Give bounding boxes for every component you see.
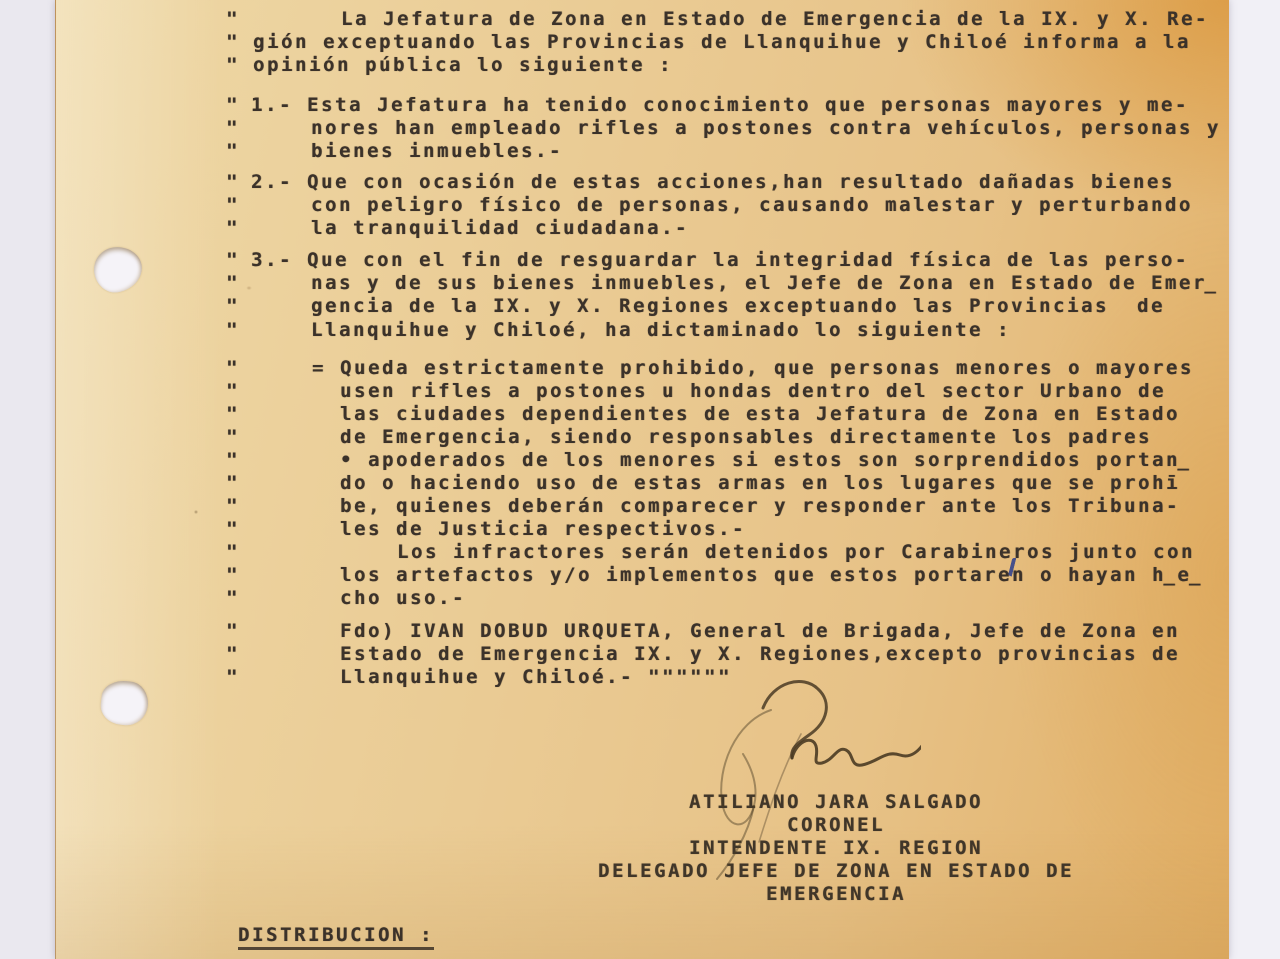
line-quote-mark: " <box>226 31 240 53</box>
line-text: gión exceptuando las Provincias de Llanq… <box>253 31 1191 53</box>
line-quote-mark: " <box>226 194 240 216</box>
line-text: cho uso.- <box>340 587 466 609</box>
line-quote-mark: " <box>226 8 240 30</box>
line-text: Fdo) IVAN DOBUD URQUETA, General de Brig… <box>340 620 1180 642</box>
line-text: las ciudades dependientes de esta Jefatu… <box>340 403 1180 425</box>
line-quote-mark: " <box>226 666 240 688</box>
line-text: = Queda estrictamente prohibido, que per… <box>312 357 1194 379</box>
line-quote-mark: " <box>226 426 240 448</box>
line-quote-mark: " <box>226 380 240 402</box>
line-text: be, quienes deberán comparecer y respond… <box>340 495 1180 517</box>
line-text: los artefactos y/o implementos que estos… <box>340 564 1203 586</box>
line-text: do o haciendo uso de estas armas en los … <box>340 472 1180 494</box>
line-text: Llanquihue y Chiloé.- """""" <box>340 666 732 688</box>
scanned-document-page: "La Jefatura de Zona en Estado de Emerge… <box>0 0 1280 959</box>
signature-block-line: DELEGADO JEFE DE ZONA EN ESTADO DE <box>336 860 1280 883</box>
line-text: Llanquihue y Chiloé, ha dictaminado lo s… <box>311 319 1011 341</box>
line-quote-mark: " <box>226 620 240 642</box>
line-text: usen rifles a postones u hondas dentro d… <box>340 380 1166 402</box>
signature-block: ATILIANO JARA SALGADOCORONELINTENDENTE I… <box>336 791 1280 906</box>
line-quote-mark: " <box>226 472 240 494</box>
line-text: 2.- Que con ocasión de estas acciones,ha… <box>251 171 1175 193</box>
line-text: La Jefatura de Zona en Estado de Emergen… <box>341 8 1209 30</box>
line-text: nores han empleado rifles a postones con… <box>311 117 1221 139</box>
line-text: • apoderados de los menores si estos son… <box>340 449 1191 471</box>
line-quote-mark: " <box>226 587 240 609</box>
line-quote-mark: " <box>226 94 240 116</box>
line-quote-mark: " <box>226 217 240 239</box>
line-text: con peligro físico de personas, causando… <box>311 194 1193 216</box>
line-text: Estado de Emergencia IX. y X. Regiones,e… <box>340 643 1180 665</box>
distribution-heading: DISTRIBUCION : <box>238 924 434 950</box>
line-quote-mark: " <box>226 357 240 379</box>
line-text: nas y de sus bienes inmuebles, el Jefe d… <box>311 272 1218 294</box>
signature-block-line: ATILIANO JARA SALGADO <box>336 791 1280 814</box>
line-text: opinión pública lo siguiente : <box>253 54 673 76</box>
line-text: de Emergencia, siendo responsables direc… <box>340 426 1152 448</box>
line-text: la tranquilidad ciudadana.- <box>311 217 689 239</box>
line-quote-mark: " <box>226 518 240 540</box>
line-quote-mark: " <box>226 643 240 665</box>
line-quote-mark: " <box>226 140 240 162</box>
signature-block-line: CORONEL <box>336 814 1280 837</box>
line-quote-mark: " <box>226 272 240 294</box>
line-quote-mark: " <box>226 319 240 341</box>
line-quote-mark: " <box>226 249 240 271</box>
line-text: Los infractores serán detenidos por Cara… <box>397 541 1195 563</box>
signature-block-line: INTENDENTE IX. REGION <box>336 837 1280 860</box>
line-text: 3.- Que con el fin de resguardar la inte… <box>251 249 1189 271</box>
line-quote-mark: " <box>226 54 240 76</box>
line-quote-mark: " <box>226 541 240 563</box>
distribution-section: DISTRIBUCION : <box>238 924 434 946</box>
line-quote-mark: " <box>226 449 240 471</box>
document-paper: "La Jefatura de Zona en Estado de Emerge… <box>55 0 1229 959</box>
line-text: les de Justicia respectivos.- <box>340 518 746 540</box>
punch-hole-bottom <box>99 679 150 728</box>
line-quote-mark: " <box>226 117 240 139</box>
line-quote-mark: " <box>226 171 240 193</box>
line-text: 1.- Esta Jefatura ha tenido conocimiento… <box>251 94 1189 116</box>
punch-hole-top <box>91 244 145 295</box>
line-quote-mark: " <box>226 564 240 586</box>
line-quote-mark: " <box>226 295 240 317</box>
line-quote-mark: " <box>226 495 240 517</box>
signature-block-line: EMERGENCIA <box>336 883 1280 906</box>
line-text: gencia de la IX. y X. Regiones exceptuan… <box>311 295 1165 317</box>
line-text: bienes inmuebles.- <box>311 140 563 162</box>
line-quote-mark: " <box>226 403 240 425</box>
